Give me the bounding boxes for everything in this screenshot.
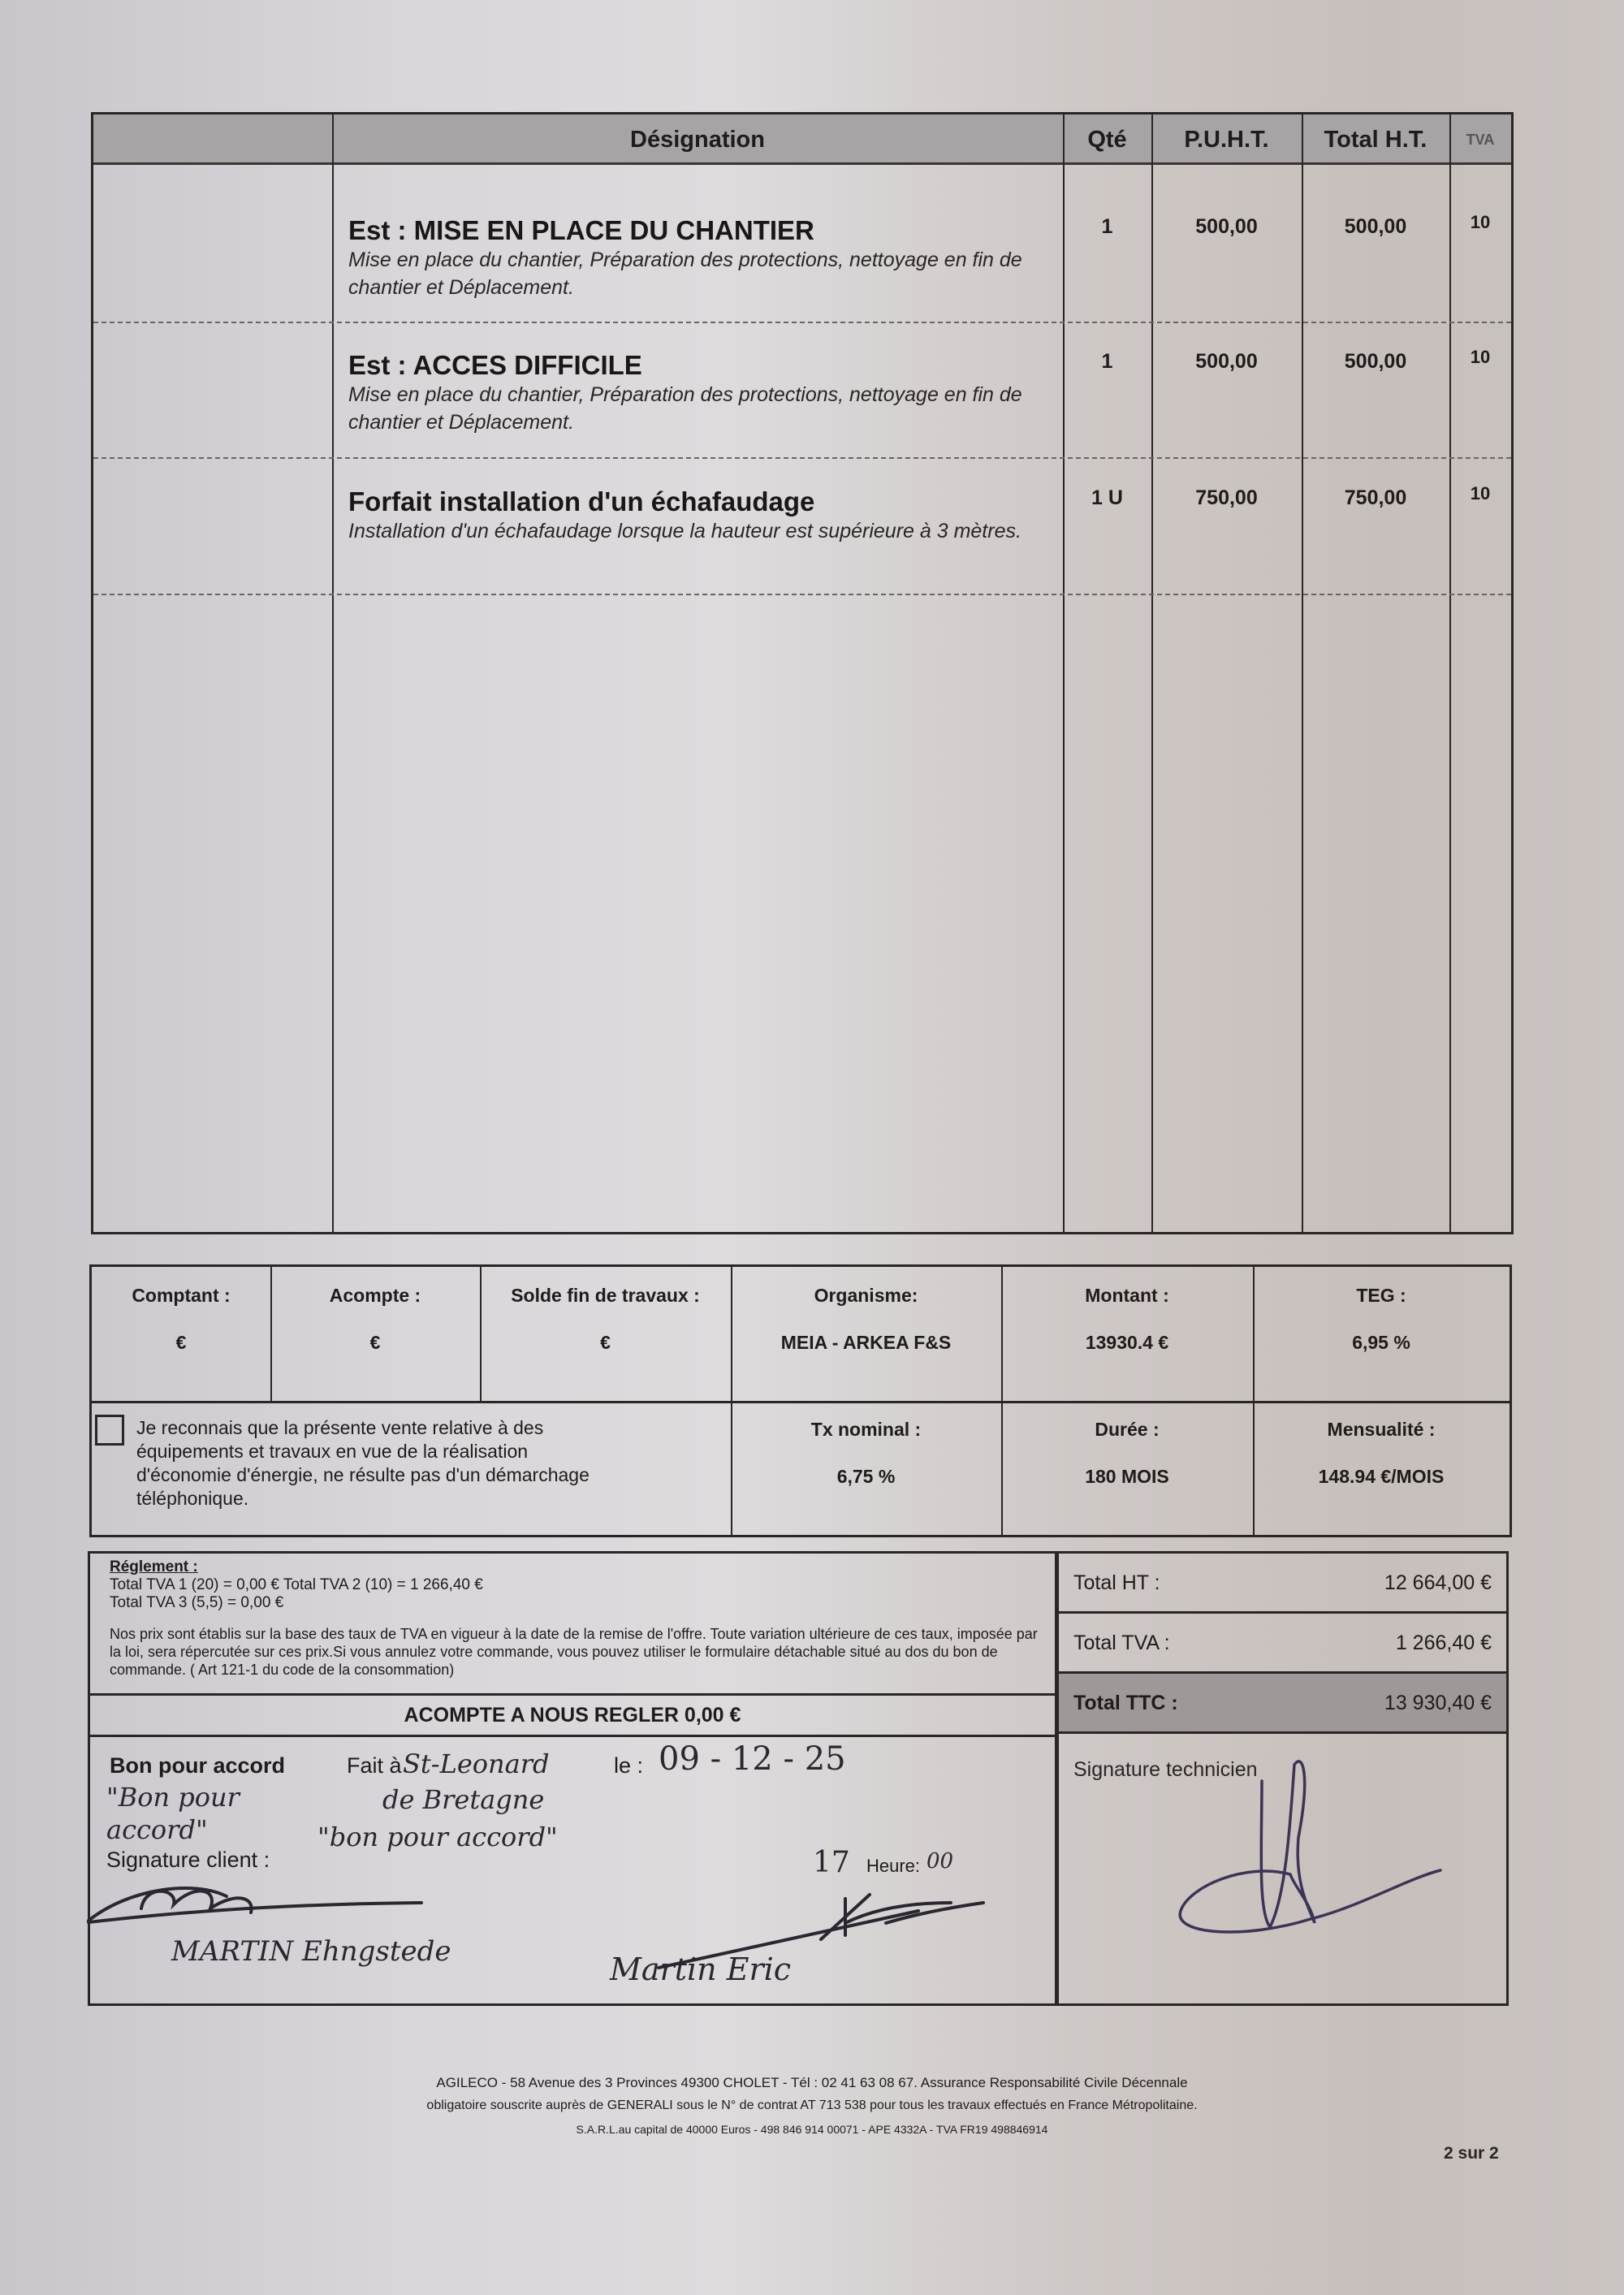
- solde-cell: Solde fin de travaux : €: [480, 1267, 731, 1401]
- total-ht-value: 12 664,00 €: [1384, 1571, 1492, 1595]
- client-signature: [80, 1872, 438, 1937]
- total-tva-label: Total TVA :: [1073, 1632, 1170, 1655]
- client-name-handwritten-1: MARTIN Ehngstede: [171, 1935, 451, 1968]
- location-handwritten-line-2: de Bretagne: [382, 1784, 544, 1815]
- acompte-label: Acompte :: [270, 1285, 480, 1307]
- fait-a-label: Fait à: [347, 1753, 402, 1779]
- organisme-label: Organisme:: [731, 1285, 1001, 1307]
- item-tva: 10: [1449, 347, 1511, 368]
- mensualite-label: Mensualité :: [1253, 1419, 1510, 1441]
- bon-pour-accord-handwritten: "Bon pour accord": [106, 1781, 269, 1846]
- date-handwritten: 09 - 12 - 25: [659, 1740, 846, 1778]
- total-tva-row: Total TVA : 1 266,40 €: [1059, 1614, 1506, 1674]
- total-tva-value: 1 266,40 €: [1396, 1632, 1492, 1655]
- header-tva: TVA: [1449, 115, 1511, 165]
- column-divider: [1151, 115, 1153, 1232]
- header-unit-price: P.U.H.T.: [1151, 115, 1302, 165]
- comptant-value: €: [92, 1332, 270, 1354]
- header-total-ht: Total H.T.: [1302, 115, 1449, 165]
- declaration-text: Je reconnais que la présente vente relat…: [136, 1416, 624, 1511]
- bon-pour-accord-label: Bon pour accord: [110, 1753, 285, 1779]
- total-ttc-row: Total TTC : 13 930,40 €: [1059, 1674, 1506, 1734]
- declaration-checkbox[interactable]: [95, 1415, 124, 1446]
- teg-cell: TEG : 6,95 %: [1253, 1267, 1510, 1401]
- total-ttc-label: Total TTC :: [1073, 1692, 1178, 1715]
- row-divider: [93, 322, 1511, 323]
- footer-company-line: AGILECO - 58 Avenue des 3 Provinces 4930…: [0, 2075, 1624, 2091]
- header-designation: Désignation: [332, 115, 1063, 165]
- duree-value: 180 MOIS: [1001, 1466, 1253, 1488]
- totals-section: Total HT : 12 664,00 € Total TVA : 1 266…: [1057, 1551, 1509, 2006]
- tva-breakdown-line-2: Total TVA 3 (5,5) = 0,00 €: [110, 1594, 283, 1612]
- signature-client-label: Signature client :: [106, 1848, 270, 1873]
- item-unit-price: 750,00: [1151, 486, 1302, 510]
- acompte-due: ACOMPTE A NOUS REGLER 0,00 €: [90, 1693, 1055, 1737]
- organisme-value: MEIA - ARKEA F&S: [731, 1332, 1001, 1354]
- item-unit-price: 500,00: [1151, 215, 1302, 239]
- heure-handwritten-minutes: 00: [926, 1849, 953, 1874]
- mensualite-value: 148.94 €/MOIS: [1253, 1466, 1510, 1488]
- bon-pour-accord-handwritten-2: "bon pour accord": [317, 1822, 558, 1852]
- item-tva: 10: [1449, 483, 1511, 504]
- heure-label: Heure:: [866, 1856, 920, 1877]
- comptant-cell: Comptant : €: [92, 1267, 270, 1401]
- montant-label: Montant :: [1001, 1285, 1253, 1307]
- item-title: Est : ACCES DIFFICILE: [348, 350, 642, 381]
- fait-a-handwritten: St-Leonard: [403, 1748, 550, 1779]
- item-qty: 1 U: [1063, 486, 1151, 510]
- item-description: Mise en place du chantier, Préparation d…: [348, 381, 1047, 436]
- financing-table: Comptant : € Acompte : € Solde fin de tr…: [89, 1264, 1512, 1537]
- teg-value: 6,95 %: [1253, 1332, 1510, 1354]
- item-total-ht: 500,00: [1302, 215, 1449, 239]
- tva-breakdown-line-1: Total TVA 1 (20) = 0,00 € Total TVA 2 (1…: [110, 1576, 483, 1594]
- solde-label: Solde fin de travaux :: [480, 1285, 731, 1307]
- page-indicator: 2 sur 2: [1444, 2144, 1499, 2163]
- technician-signature: [1148, 1748, 1473, 1943]
- tx-nominal-value: 6,75 %: [731, 1466, 1001, 1488]
- column-divider: [1302, 115, 1303, 1232]
- comptant-label: Comptant :: [92, 1285, 270, 1307]
- row-divider: [93, 594, 1511, 595]
- settlement-title: Réglement :: [110, 1558, 198, 1576]
- client-name-handwritten-2: Martin Eric: [610, 1951, 791, 1987]
- heure-handwritten-hours: 17: [813, 1846, 850, 1879]
- date-label: le :: [614, 1753, 643, 1779]
- vat-notice: Nos prix sont établis sur la base des ta…: [110, 1625, 1043, 1679]
- row-divider: [93, 457, 1511, 459]
- organisme-cell: Organisme: MEIA - ARKEA F&S: [731, 1267, 1001, 1401]
- footer-insurance-line: obligatoire souscrite auprès de GENERALI…: [0, 2098, 1624, 2113]
- teg-label: TEG :: [1253, 1285, 1510, 1307]
- item-description: Mise en place du chantier, Préparation d…: [348, 246, 1047, 301]
- column-divider: [1449, 115, 1451, 1232]
- solde-value: €: [480, 1332, 731, 1354]
- total-ht-row: Total HT : 12 664,00 €: [1059, 1554, 1506, 1614]
- settlement-section: Réglement : Total TVA 1 (20) = 0,00 € To…: [88, 1551, 1057, 2006]
- item-title: Est : MISE EN PLACE DU CHANTIER: [348, 215, 814, 246]
- item-total-ht: 750,00: [1302, 486, 1449, 510]
- acompte-cell: Acompte : €: [270, 1267, 480, 1401]
- header-qty: Qté: [1063, 115, 1151, 165]
- column-divider: [1063, 115, 1065, 1232]
- item-unit-price: 500,00: [1151, 350, 1302, 374]
- item-description: Installation d'un échafaudage lorsque la…: [348, 517, 1047, 545]
- duree-label: Durée :: [1001, 1419, 1253, 1441]
- montant-value: 13930.4 €: [1001, 1332, 1253, 1354]
- items-table: Désignation Qté P.U.H.T. Total H.T. TVA …: [91, 112, 1514, 1234]
- item-total-ht: 500,00: [1302, 350, 1449, 374]
- footer-legal-line: S.A.R.L.au capital de 40000 Euros - 498 …: [0, 2123, 1624, 2136]
- item-qty: 1: [1063, 215, 1151, 239]
- total-ht-label: Total HT :: [1073, 1571, 1160, 1595]
- item-qty: 1: [1063, 350, 1151, 374]
- total-ttc-value: 13 930,40 €: [1384, 1692, 1492, 1715]
- mensualite-cell: Mensualité : 148.94 €/MOIS: [1253, 1401, 1510, 1537]
- tx-nominal-label: Tx nominal :: [731, 1419, 1001, 1441]
- item-tva: 10: [1449, 212, 1511, 233]
- acompte-value: €: [270, 1332, 480, 1354]
- tx-nominal-cell: Tx nominal : 6,75 %: [731, 1401, 1001, 1537]
- item-title: Forfait installation d'un échafaudage: [348, 486, 814, 517]
- montant-cell: Montant : 13930.4 €: [1001, 1267, 1253, 1401]
- column-divider: [332, 115, 334, 1232]
- duree-cell: Durée : 180 MOIS: [1001, 1401, 1253, 1537]
